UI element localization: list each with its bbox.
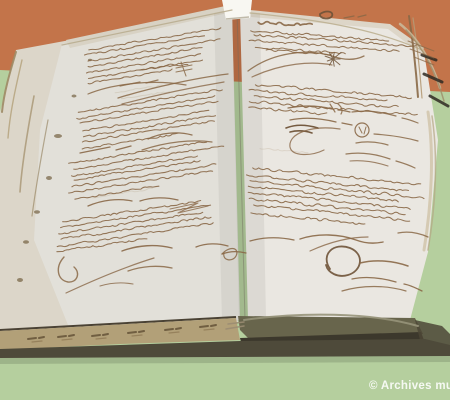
photo-canvas (0, 0, 450, 400)
watermark-credit: © Archives municip (369, 380, 450, 392)
archive-photo: © Archives municip (0, 0, 450, 400)
manuscript-book (0, 0, 450, 358)
